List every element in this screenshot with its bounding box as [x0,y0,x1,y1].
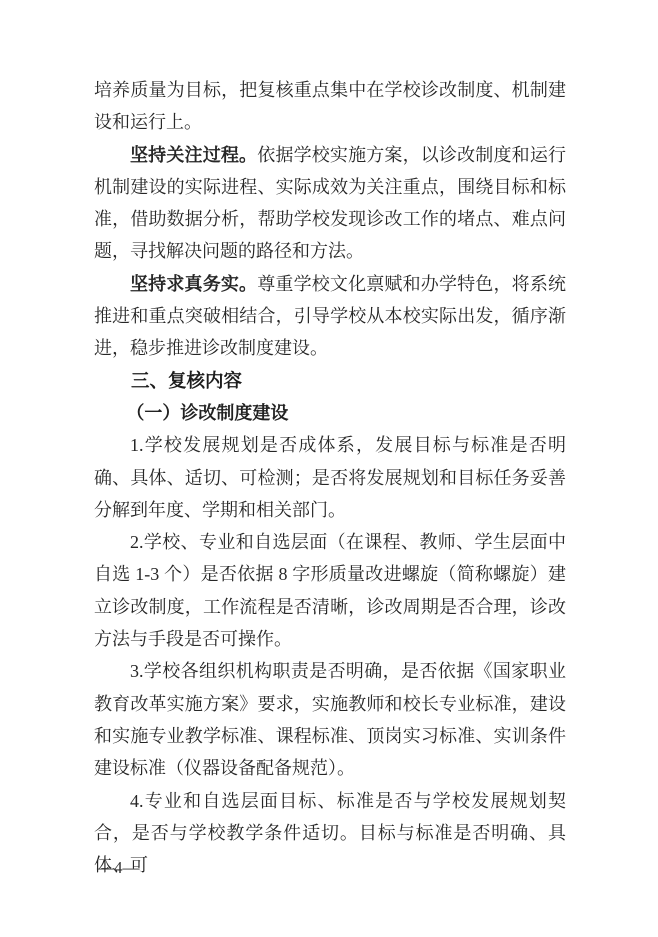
numbered-item-1: 1.学校发展规划是否成体系，发展目标与标准是否明确、具体、适切、可检测；是否将发… [94,429,566,526]
paragraph-text: 培养质量为目标，把复核重点集中在学校诊改制度、机制建设和运行上。 [94,80,566,132]
paragraph-text: 3.学校各组织机构职责是否明确，是否依据《国家职业教育改革实施方案》要求，实施教… [94,661,566,778]
paragraph-continuation: 培养质量为目标，把复核重点集中在学校诊改制度、机制建设和运行上。 [94,74,566,139]
document-page: 培养质量为目标，把复核重点集中在学校诊改制度、机制建设和运行上。 坚持关注过程。… [0,0,658,937]
paragraph-text: 4.专业和自选层面目标、标准是否与学校发展规划契合，是否与学校教学条件适切。目标… [94,791,566,876]
paragraph-lead: 坚持关注过程。 [130,145,257,165]
numbered-item-4: 4.专业和自选层面目标、标准是否与学校发展规划契合，是否与学校教学条件适切。目标… [94,785,566,882]
paragraph-text: 2.学校、专业和自选层面（在课程、教师、学生层面中自选 1-3 个）是否依据 8… [94,532,566,649]
page-number: —4— [97,858,140,878]
numbered-item-3: 3.学校各组织机构职责是否明确，是否依据《国家职业教育改革实施方案》要求，实施教… [94,655,566,784]
paragraph: 坚持关注过程。依据学校实施方案，以诊改制度和运行机制建设的实际进程、实际成效为关… [94,139,566,268]
paragraph-lead: 坚持求真务实。 [130,274,257,294]
numbered-item-2: 2.学校、专业和自选层面（在课程、教师、学生层面中自选 1-3 个）是否依据 8… [94,526,566,655]
section-heading: 三、复核内容 [94,365,566,397]
paragraph: 坚持求真务实。尊重学校文化禀赋和办学特色，将系统推进和重点突破相结合，引导学校从… [94,268,566,365]
page-content: 培养质量为目标，把复核重点集中在学校诊改制度、机制建设和运行上。 坚持关注过程。… [94,74,566,881]
paragraph-text: 1.学校发展规划是否成体系，发展目标与标准是否明确、具体、适切、可检测；是否将发… [94,435,566,520]
subsection-heading: （一）诊改制度建设 [94,397,566,429]
